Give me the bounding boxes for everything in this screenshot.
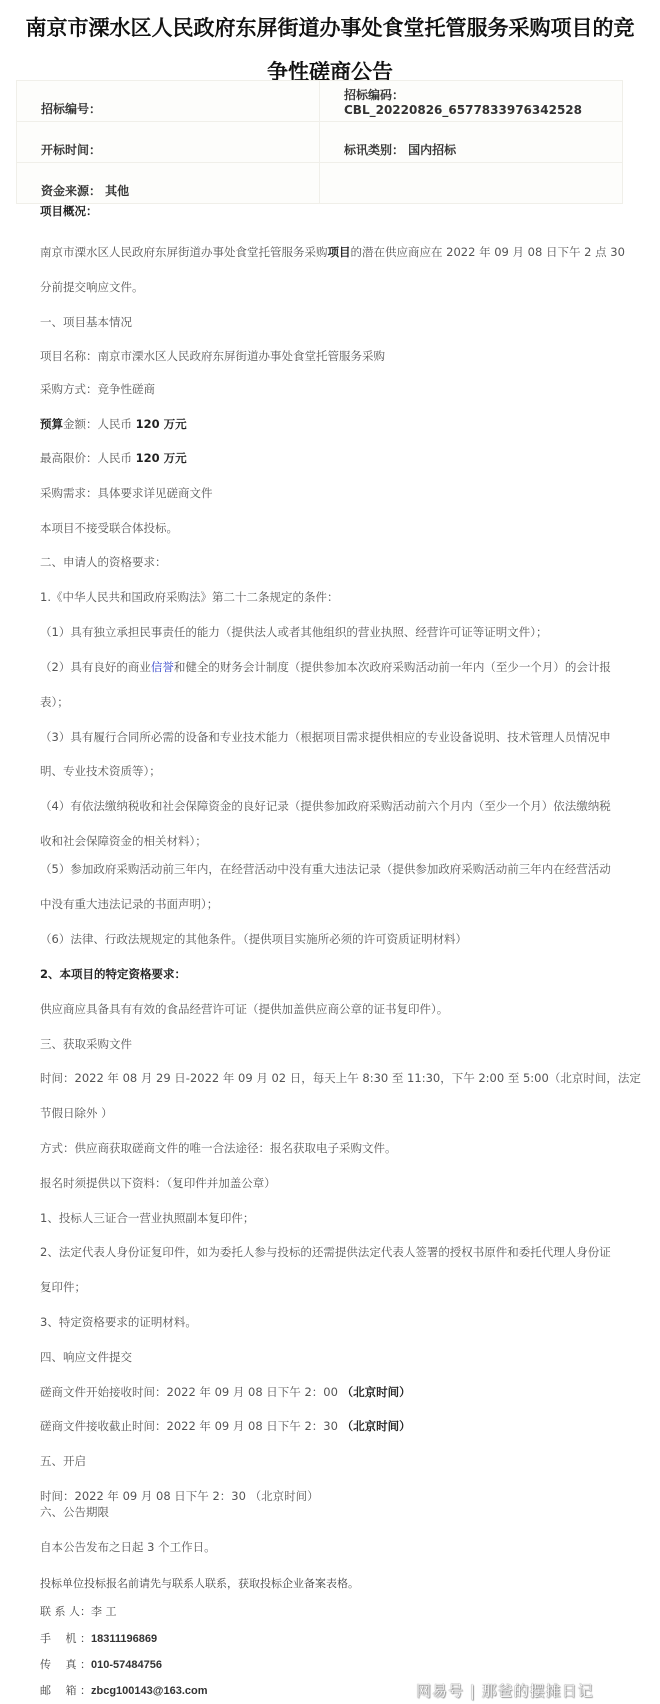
submission-start-time: 磋商文件开始接收时间：2022 年 09 月 08 日下午 2：00 （北京时间…: [40, 1384, 411, 1400]
materials-intro: 报名时须提供以下资料：（复印件并加盖公章）: [40, 1175, 276, 1191]
fax-label: 传 真 ：: [40, 1658, 91, 1671]
law-reference: 1.《中华人民共和国政府采购法》第二十二条规定的条件：: [40, 589, 338, 605]
timezone-label: （北京时间）: [342, 1419, 411, 1433]
material-item-2-cont: 复印件；: [40, 1279, 86, 1295]
section-3-heading: 三、获取采购文件: [40, 1036, 132, 1052]
section-1-heading: 一、项目基本情况: [40, 314, 132, 330]
overview-text-part: 南京市溧水区人民政府东屏街道办事处食堂托管服务采购: [40, 245, 328, 259]
empty-cell: [320, 163, 623, 204]
submission-end-time: 磋商文件接收截止时间：2022 年 09 月 08 日下午 2：30 （北京时间…: [40, 1418, 411, 1434]
budget-amount: 预算金额：人民币 120 万元: [40, 416, 187, 432]
section-4-heading: 四、响应文件提交: [40, 1349, 132, 1365]
special-qualification-heading: 2、本项目的特定资格要求：: [40, 966, 186, 982]
bid-opening-time-cell: 开标时间：: [17, 122, 320, 163]
material-item-3: 3、特定资格要求的证明材料。: [40, 1314, 197, 1330]
qualification-item-4-cont: 收和社会保障资金的相关材料）；: [40, 833, 207, 849]
material-item-1: 1、投标人三证合一营业执照副本复印件；: [40, 1210, 254, 1226]
email-label: 邮 箱 ：: [40, 1684, 91, 1697]
fax-value: 010-57484756: [91, 1659, 162, 1671]
qualification-item-4: （4）有依法缴纳税收和社会保障资金的良好记录（提供参加政府采购活动前六个月内（至…: [40, 798, 611, 814]
qualification-item-6: （6）法律、行政法规规定的其他条件。（提供项目实施所必须的许可资质证明材料）: [40, 931, 467, 947]
table-row: 资金来源： 其他: [17, 163, 623, 204]
overview-heading: 项目概况：: [40, 203, 98, 219]
budget-label: 金额：人民币: [63, 417, 136, 431]
funding-source-cell: 资金来源： 其他: [17, 163, 320, 204]
qualification-item-2-cont: 表）；: [40, 694, 69, 710]
mobile-value: 18311196869: [91, 1633, 157, 1645]
contact-person-label: 联 系 人：: [40, 1605, 91, 1618]
qualification-item-5-cont: 中没有重大违法记录的书面声明）；: [40, 896, 218, 912]
overview-text-line-2: 分前提交响应文件。: [40, 279, 144, 295]
section-6-heading: 六、公告期限: [40, 1504, 109, 1520]
procurement-method: 采购方式：竞争性磋商: [40, 381, 155, 397]
budget-label-bold: 预算: [40, 417, 63, 431]
timezone-label: （北京时间）: [342, 1385, 411, 1399]
qualification-item-5: （5）参加政府采购活动前三年内，在经营活动中没有重大违法记录（提供参加政府采购活…: [40, 861, 611, 877]
submission-start-label: 磋商文件开始接收时间：2022 年 09 月 08 日下午 2：00: [40, 1385, 342, 1399]
table-row: 开标时间： 标讯类别： 国内招标: [17, 122, 623, 163]
contact-email: 邮 箱 ：zbcg100143@163.com: [40, 1683, 208, 1699]
no-consortium-note: 本项目不接受联合体投标。: [40, 520, 178, 536]
max-price-label: 最高限价：人民币: [40, 451, 136, 465]
section-5-heading: 五、开启: [40, 1453, 86, 1469]
overview-text-bold: 项目: [328, 245, 351, 259]
document-time-line-1: 时间：2022 年 08 月 29 日-2022 年 09 月 02 日，每天上…: [40, 1070, 641, 1086]
qualification-item-2: （2）具有良好的商业信誉和健全的财务会计制度（提供参加本次政府采购活动前一年内（…: [40, 659, 611, 675]
document-time-line-2: 节假日除外 ）: [40, 1105, 113, 1121]
material-item-2: 2、法定代表人身份证复印件，如为委托人参与投标的还需提供法定代表人签署的授权书原…: [40, 1244, 611, 1260]
budget-value: 120 万元: [136, 417, 187, 431]
tender-code-cell: 招标编码：CBL_20220826_6577833976342528: [320, 81, 623, 122]
submission-end-label: 磋商文件接收截止时间：2022 年 09 月 08 日下午 2：30: [40, 1419, 342, 1433]
title-line-1: 南京市溧水区人民政府东屏街道办事处食堂托管服务采购项目的竞: [0, 6, 660, 50]
project-name: 项目名称：南京市溧水区人民政府东屏街道办事处食堂托管服务采购: [40, 348, 385, 364]
qualification-item-3: （3）具有履行合同所必需的设备和专业技术能力（根据项目需求提供相应的专业设备说明…: [40, 729, 611, 745]
qualification-text: 和健全的财务会计制度（提供参加本次政府采购活动前一年内（至少一个月）的会计报: [174, 660, 611, 674]
overview-text-part: 的潜在供应商应在 2022 年 09 月 08 日下午 2 点 30: [351, 245, 625, 259]
contact-fax: 传 真 ：010-57484756: [40, 1657, 162, 1673]
tender-number-cell: 招标编号：: [17, 81, 320, 122]
special-qualification-text: 供应商应具备具有有效的食品经营许可证（提供加盖供应商公章的证书复印件）。: [40, 1001, 448, 1017]
email-value: zbcg100143@163.com: [91, 1685, 208, 1697]
qualification-text: （2）具有良好的商业: [40, 660, 151, 674]
qualification-item-3-cont: 明、专业技术资质等）；: [40, 763, 161, 779]
credit-link[interactable]: 信誉: [151, 660, 174, 674]
contact-note: 投标单位投标报名前请先与联系人联系，获取投标企业备案表格。: [40, 1576, 359, 1592]
opening-time: 时间：2022 年 09 月 08 日下午 2：30 （北京时间）: [40, 1488, 319, 1504]
max-price: 最高限价：人民币 120 万元: [40, 450, 187, 466]
contact-person: 联 系 人：李 工: [40, 1604, 117, 1620]
table-row: 招标编号： 招标编码：CBL_20220826_6577833976342528: [17, 81, 623, 122]
contact-person-value: 李 工: [91, 1605, 117, 1618]
notice-period: 自本公告发布之日起 3 个工作日。: [40, 1539, 216, 1555]
info-table: 招标编号： 招标编码：CBL_20220826_6577833976342528…: [16, 80, 623, 204]
watermark: 网易号 | 那爸的摆摊日记: [416, 1680, 594, 1701]
max-price-value: 120 万元: [136, 451, 187, 465]
procurement-demand: 采购需求：具体要求详见磋商文件: [40, 485, 213, 501]
contact-mobile: 手 机 ：18311196869: [40, 1631, 157, 1647]
mobile-label: 手 机 ：: [40, 1632, 91, 1645]
overview-text-line-1: 南京市溧水区人民政府东屏街道办事处食堂托管服务采购项目的潜在供应商应在 2022…: [40, 244, 625, 260]
section-2-heading: 二、申请人的资格要求：: [40, 554, 167, 570]
tender-category-cell: 标讯类别： 国内招标: [320, 122, 623, 163]
document-method: 方式：供应商获取磋商文件的唯一合法途径：报名获取电子采购文件。: [40, 1140, 397, 1156]
qualification-item-1: （1）具有独立承担民事责任的能力（提供法人或者其他组织的营业执照、经营许可证等证…: [40, 624, 548, 640]
